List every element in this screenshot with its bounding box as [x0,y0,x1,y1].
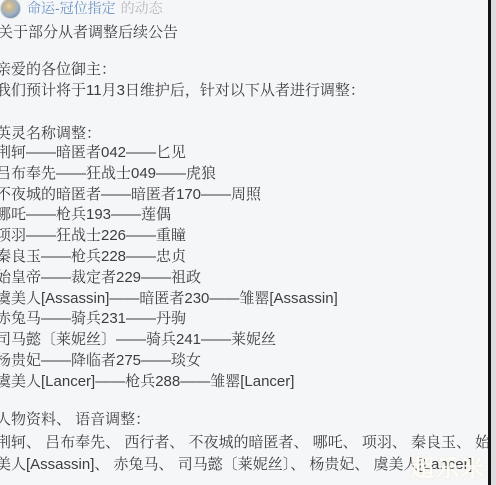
user-avatar[interactable] [0,0,21,19]
rename-line: 荆轲——暗匿者042——匕见 [0,143,338,164]
right-edge-strip [491,0,496,485]
intro-text: 我们预计将于11月3日维护后，针对以下从者进行调整： [0,81,365,101]
greeting-text: 亲爱的各位御主： [0,60,116,80]
post-suffix-label: 的动态 [121,0,163,18]
rename-line: 哪吒——枪兵193——莲偶 [0,205,338,226]
rename-line: 虞美人[Assassin]——暗匿者230——雏罂[Assassin] [0,289,338,310]
rename-line: 始皇帝——裁定者229——祖政 [0,268,338,289]
rename-line: 吕布奉先——狂战士049——虎狼 [0,164,338,185]
rename-line: 秦良玉——枪兵228——忠贞 [0,247,338,268]
post-page: 命运-冠位指定 的动态 关于部分从者调整后续公告 亲爱的各位御主： 我们预计将于… [0,0,496,485]
profile-list: 荆轲、 吕布奉先、 西行者、 不夜城的暗匿者、 哪吒、 项羽、 秦良玉、 始皇帝… [0,432,496,475]
post-title: 关于部分从者调整后续公告 [0,23,178,43]
rename-section-heading: 英灵名称调整： [0,124,101,144]
rename-list: 荆轲——暗匿者042——匕见 吕布奉先——狂战士049——虎狼 不夜城的暗匿者—… [0,143,338,393]
rename-line: 赤兔马——骑兵231——丹驹 [0,309,338,330]
rename-line: 不夜城的暗匿者——暗匿者170——周照 [0,185,338,206]
username-link[interactable]: 命运-冠位指定 [27,0,116,18]
post-header: 命运-冠位指定 的动态 [0,0,163,20]
rename-line: 司马懿〔莱妮丝〕——骑兵241——莱妮丝 [0,330,338,351]
rename-line: 项羽——狂战士226——重瞳 [0,226,338,247]
profile-line: 美人[Assassin]、 赤兔马、 司马懿〔莱妮丝〕、 杨贵妃、 虞美人[La… [0,454,496,476]
rename-line: 虞美人[Lancer]——枪兵288——雏罂[Lancer] [0,372,338,393]
profile-line: 荆轲、 吕布奉先、 西行者、 不夜城的暗匿者、 哪吒、 项羽、 秦良玉、 始皇帝… [0,432,496,454]
rename-line: 杨贵妃——降临者275——琰女 [0,351,338,372]
profile-section-heading: 人物资料、 语音调整： [0,410,150,430]
